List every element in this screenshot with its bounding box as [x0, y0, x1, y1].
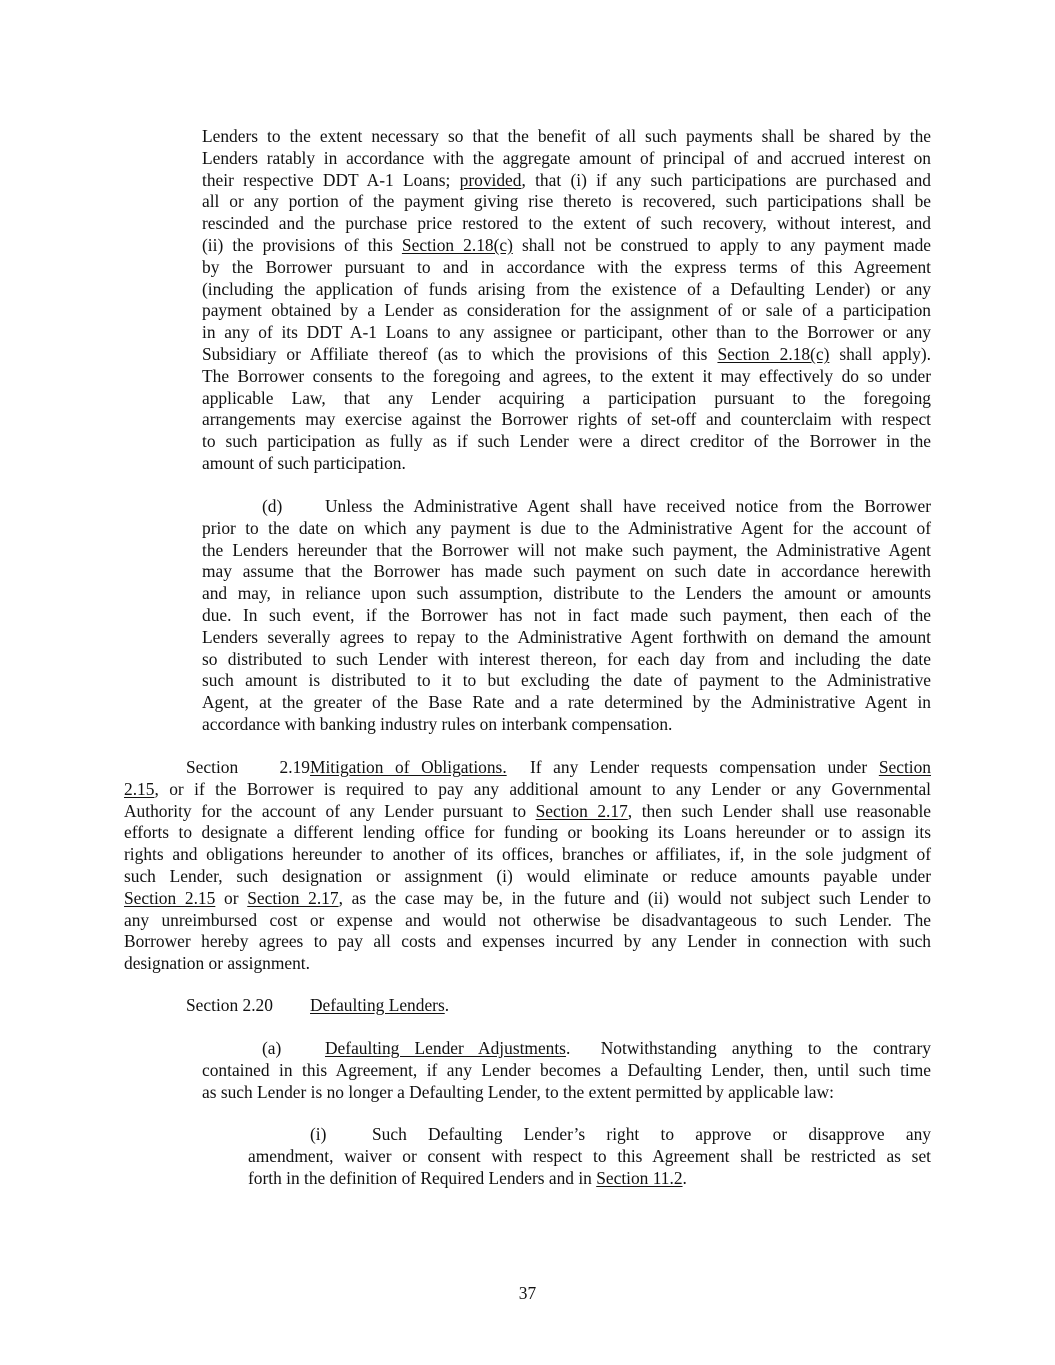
text-line: accordance with banking industry rules o… — [202, 714, 931, 736]
text-line: Lenders to the extent necessary so that … — [202, 126, 931, 148]
text-line: amendment, waiver or consent with respec… — [248, 1146, 931, 1168]
text-line: arrangements may exercise against the Bo… — [202, 409, 931, 431]
cross-reference-link: provided — [460, 170, 522, 190]
text-line: The Borrower consents to the foregoing a… — [202, 366, 931, 388]
section-2-19-line-0: If any Lender requests compensation unde… — [530, 757, 931, 777]
cross-reference-link: 2.15 — [124, 779, 154, 799]
paragraph-a-line-0: Notwithstanding anything to the contrary — [601, 1038, 931, 1058]
text-line: applicable Law, that any Lender acquirin… — [202, 388, 931, 410]
text-line: such amount is distributed to it to but … — [202, 670, 931, 692]
paragraph-i-label: (i) — [310, 1124, 372, 1146]
paragraph-i-body: amendment, waiver or consent with respec… — [248, 1146, 931, 1190]
text-line: Lenders ratably in accordance with the a… — [202, 148, 931, 170]
page-number: 37 — [0, 1283, 1055, 1305]
paragraph-d-body: prior to the date on which any payment i… — [202, 518, 931, 736]
text-line: amount of such participation. — [202, 453, 931, 475]
text-line: due. In such event, if the Borrower has … — [202, 605, 931, 627]
cross-reference-link: Section 2.15 — [124, 888, 215, 908]
paragraph-a-label: (a) — [262, 1038, 325, 1060]
paragraph-a-body: contained in this Agreement, if any Lend… — [202, 1060, 931, 1104]
paragraph-a: (a)Defaulting Lender Adjustments. Notwit… — [202, 1038, 931, 1103]
text-line: Agent, at the greater of the Base Rate a… — [202, 692, 931, 714]
text-line: the Lenders hereunder that the Borrower … — [202, 540, 931, 562]
text-line: all or any portion of the payment giving… — [202, 191, 931, 213]
text-line: Section 2.15 or Section 2.17, as the cas… — [124, 888, 931, 910]
text-line: by the Borrower pursuant to and in accor… — [202, 257, 931, 279]
section-2-19-number: Section 2.19 — [186, 757, 310, 779]
text-line: their respective DDT A-1 Loans; provided… — [202, 170, 931, 192]
text-line: prior to the date on which any payment i… — [202, 518, 931, 540]
paragraph-d-line-0: Unless the Administrative Agent shall ha… — [325, 496, 931, 516]
cross-reference-link: Section 11.2 — [596, 1168, 682, 1188]
paragraph-d-label: (d) — [262, 496, 325, 518]
section-2-19-body: 2.15, or if the Borrower is required to … — [124, 779, 931, 975]
paragraph-i: (i)Such Defaulting Lender’s right to app… — [248, 1124, 931, 1189]
section-2-19-heading-line: Section 2.19Mitigation of Obligations. I… — [124, 757, 931, 779]
document-page: Lenders to the extent necessary so that … — [0, 0, 1055, 1365]
section-2-20-number: Section 2.20 — [186, 995, 310, 1017]
section-2-19: Section 2.19Mitigation of Obligations. I… — [124, 757, 931, 975]
cross-reference-link: Section 2.18(c) — [717, 344, 829, 364]
paragraph-a-title: Defaulting Lender Adjustments — [325, 1038, 566, 1058]
cross-reference-link: Section — [879, 757, 931, 777]
text-line: Authority for the account of any Lender … — [124, 801, 931, 823]
text-line: and may, in reliance upon such assumptio… — [202, 583, 931, 605]
text-line: such Lender, such designation or assignm… — [124, 866, 931, 888]
cross-reference-link: Section 2.17 — [247, 888, 338, 908]
section-2-19-title: Mitigation of Obligations. — [310, 757, 507, 777]
text-line: may assume that the Borrower has made su… — [202, 561, 931, 583]
cross-reference-link: Section 2.18(c) — [402, 235, 513, 255]
text-line: contained in this Agreement, if any Lend… — [202, 1060, 931, 1082]
text-line: payment obtained by a Lender as consider… — [202, 300, 931, 322]
text-line: as such Lender is no longer a Defaulting… — [202, 1082, 931, 1104]
text-line: 2.15, or if the Borrower is required to … — [124, 779, 931, 801]
text-line: to such participation as fully as if suc… — [202, 431, 931, 453]
section-2-20-title: Defaulting Lenders — [310, 995, 445, 1015]
text-line: (including the application of funds aris… — [202, 279, 931, 301]
section-2-20-title-suffix: . — [445, 995, 449, 1015]
paragraph-c-continuation: Lenders to the extent necessary so that … — [202, 126, 931, 475]
text-line: forth in the definition of Required Lend… — [248, 1168, 931, 1190]
paragraph-a-first-line: (a)Defaulting Lender Adjustments. Notwit… — [202, 1038, 931, 1060]
text-line: rights and obligations hereunder to anot… — [124, 844, 931, 866]
section-2-20-heading: Section 2.20Defaulting Lenders. — [186, 995, 886, 1017]
text-line: so distributed to such Lender with inter… — [202, 649, 931, 671]
paragraph-i-first-line: (i)Such Defaulting Lender’s right to app… — [248, 1124, 931, 1146]
paragraph-i-line-0: Such Defaulting Lender’s right to approv… — [372, 1124, 931, 1144]
paragraph-a-title-suffix: . — [566, 1038, 570, 1058]
text-line: Lenders severally agrees to repay to the… — [202, 627, 931, 649]
text-line: in any of its DDT A-1 Loans to any assig… — [202, 322, 931, 344]
text-line: designation or assignment. — [124, 953, 931, 975]
text-line: efforts to designate a different lending… — [124, 822, 931, 844]
text-line: (ii) the provisions of this Section 2.18… — [202, 235, 931, 257]
paragraph-d-first-line: (d)Unless the Administrative Agent shall… — [202, 496, 931, 518]
text-line: any unreimbursed cost or expense and wou… — [124, 910, 931, 932]
paragraph-d: (d)Unless the Administrative Agent shall… — [202, 496, 931, 736]
cross-reference-link: Section 2.17 — [536, 801, 628, 821]
text-line: Subsidiary or Affiliate thereof (as to w… — [202, 344, 931, 366]
text-line: rescinded and the purchase price restore… — [202, 213, 931, 235]
text-line: Borrower hereby agrees to pay all costs … — [124, 931, 931, 953]
